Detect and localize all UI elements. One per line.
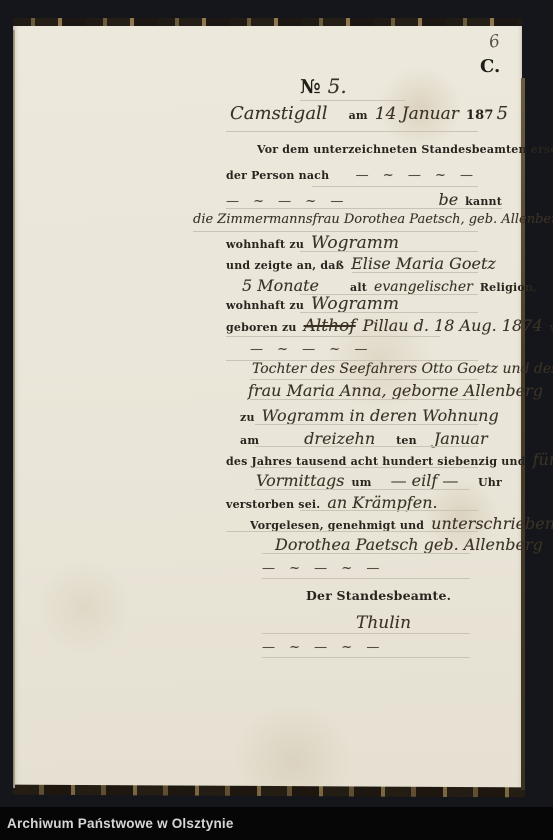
person-nach-label: der Person nach [226, 169, 329, 182]
registrar-signature: Thulin [356, 613, 411, 633]
form-ruled-line [255, 446, 478, 447]
declarant-line: die Zimmermannsfrau Dorothea Paetsch, ge… [193, 212, 553, 232]
status-fill: — ~ — ~ — [250, 342, 372, 357]
residence2-value: Wogramm [311, 294, 399, 314]
form-ruled-line [250, 399, 478, 400]
verheirathet-label: verheirathet [550, 321, 553, 334]
form-ruled-line [262, 633, 470, 634]
age-value: 5 Monate [242, 276, 319, 295]
form-ruled-line [250, 379, 478, 380]
form-section-letter: C. [480, 56, 500, 77]
person-nach-fill: — ~ — ~ — [356, 168, 478, 183]
form-ruled-line [226, 131, 478, 132]
form-ruled-line [300, 294, 478, 295]
uhr-label: Uhr [478, 476, 502, 489]
form-ruled-line [193, 231, 478, 232]
geboren-label: geboren zu [226, 321, 297, 334]
form-ruled-line [226, 336, 440, 337]
record-number-value: 5. [328, 74, 347, 98]
form-ruled-line [262, 578, 470, 579]
book-cover-right-edge [521, 78, 525, 790]
zu-label: zu [240, 411, 255, 424]
declarant-signature: Dorothea Paetsch geb. Allenberg [275, 535, 543, 554]
person-nach-line: der Person nach — ~ — ~ — [226, 168, 478, 188]
previous-page-edge [13, 30, 15, 788]
death-place-value: Wogramm in deren Wohnung [262, 406, 499, 425]
death-place-line: zu Wogramm in deren Wohnung [240, 406, 499, 426]
birthplace-value: Pillau d. 18 Aug. 1874 [363, 316, 543, 335]
place-date-line: Camstigall am 14 Januar 187 5 [230, 103, 508, 123]
bekannt-line: — ~ — ~ — be kannt [226, 190, 502, 210]
registrar-label: Der Standesbeamte. [306, 588, 451, 603]
um-label: um [352, 476, 372, 489]
form-ruled-line [312, 186, 478, 187]
fill-3: — ~ — ~ — [262, 640, 384, 655]
form-ruled-line [255, 489, 470, 490]
fill-2: — ~ — ~ — [262, 561, 384, 576]
archive-watermark-text: Archiwum Państwowe w Olsztynie [7, 816, 234, 831]
hour-value: — eilf — [391, 471, 459, 490]
jahr-written-value: fünf [533, 450, 553, 469]
form-ruled-line [262, 657, 470, 658]
parents-text-2: frau Maria Anna, geborne Allenberg [248, 381, 543, 400]
form-ruled-line [300, 251, 478, 252]
parents-line-1: Tochter des Seefahrers Otto Goetz und de… [252, 361, 553, 381]
year-written-digit: 5 [497, 103, 508, 124]
birthplace-struck: Althof [304, 316, 356, 336]
form-ruled-line [255, 467, 478, 468]
birthplace-line: geboren zu Althof Pillau d. 18 Aug. 1874… [226, 316, 502, 336]
registry-place: Camstigall [230, 103, 328, 124]
deceased-name: Elise Maria Goetz [351, 254, 496, 273]
residence1-value: Wogramm [311, 233, 399, 253]
record-number-line: № 5. [300, 74, 347, 94]
religion-value: evangelischer [374, 279, 473, 295]
wohnhaft-label: wohnhaft zu [226, 238, 304, 251]
book-cover-bottom-edge [13, 785, 525, 798]
archival-scan-viewport: 6 C. № 5. Camstigall am 14 Januar 187 5 … [0, 0, 553, 840]
am-label: am [349, 109, 368, 122]
archive-watermark-bar: Archiwum Państwowe w Olsztynie [0, 807, 553, 840]
form-ruled-line [226, 360, 478, 361]
anzeige-label: und zeigte an, daß [226, 259, 344, 272]
declarant-name: die Zimmermannsfrau Dorothea Paetsch, ge… [193, 212, 553, 227]
parents-text-1: Tochter des Seefahrers Otto Goetz und de… [252, 361, 553, 377]
declarant-signature-line: Dorothea Paetsch geb. Allenberg [275, 535, 543, 555]
form-ruled-line [262, 553, 470, 554]
registrar-heading-line: Der Standesbeamte. [306, 588, 451, 608]
form-ruled-line [226, 531, 478, 532]
intro-line: Vor dem unterzeichneten Standesbeamten e… [257, 143, 553, 163]
book-cover-top-edge [13, 18, 522, 26]
residence2-line: wohnhaft zu Wogramm [226, 294, 399, 314]
time-of-day-value: Vormittags [256, 471, 345, 490]
form-ruled-line [226, 208, 502, 209]
bekannt-label: kannt [465, 195, 502, 208]
form-ruled-line [300, 100, 405, 101]
form-ruled-line [255, 424, 478, 425]
bekannt-fill: — ~ — ~ — [226, 194, 348, 209]
death-time-line: Vormittags um — eilf — Uhr [226, 471, 502, 491]
intro-text: Vor dem unterzeichneten Standesbeamten e… [257, 143, 553, 156]
alt-label: alt [350, 281, 367, 294]
parents-line-2: frau Maria Anna, geborne Allenberg [248, 381, 543, 401]
form-ruled-line [352, 272, 478, 273]
age-religion-line: 5 Monate alt evangelischer Religion, [226, 276, 498, 296]
form-ruled-line [300, 312, 478, 313]
numero-symbol: № [300, 76, 321, 98]
year-printed: 187 [466, 108, 494, 123]
wohnhaft2-label: wohnhaft zu [226, 299, 304, 312]
deceased-line: und zeigte an, daß Elise Maria Goetz [226, 254, 496, 274]
registrar-signature-line: Thulin [356, 613, 411, 633]
bekannt-prefix-written: be [438, 190, 458, 209]
record-date: 14 Januar [375, 104, 459, 124]
residence1-line: wohnhaft zu Wogramm [226, 233, 399, 253]
status-fill-line: — ~ — ~ — [250, 342, 372, 362]
form-ruled-line [300, 510, 478, 511]
religion-label: Religion, [480, 281, 537, 294]
